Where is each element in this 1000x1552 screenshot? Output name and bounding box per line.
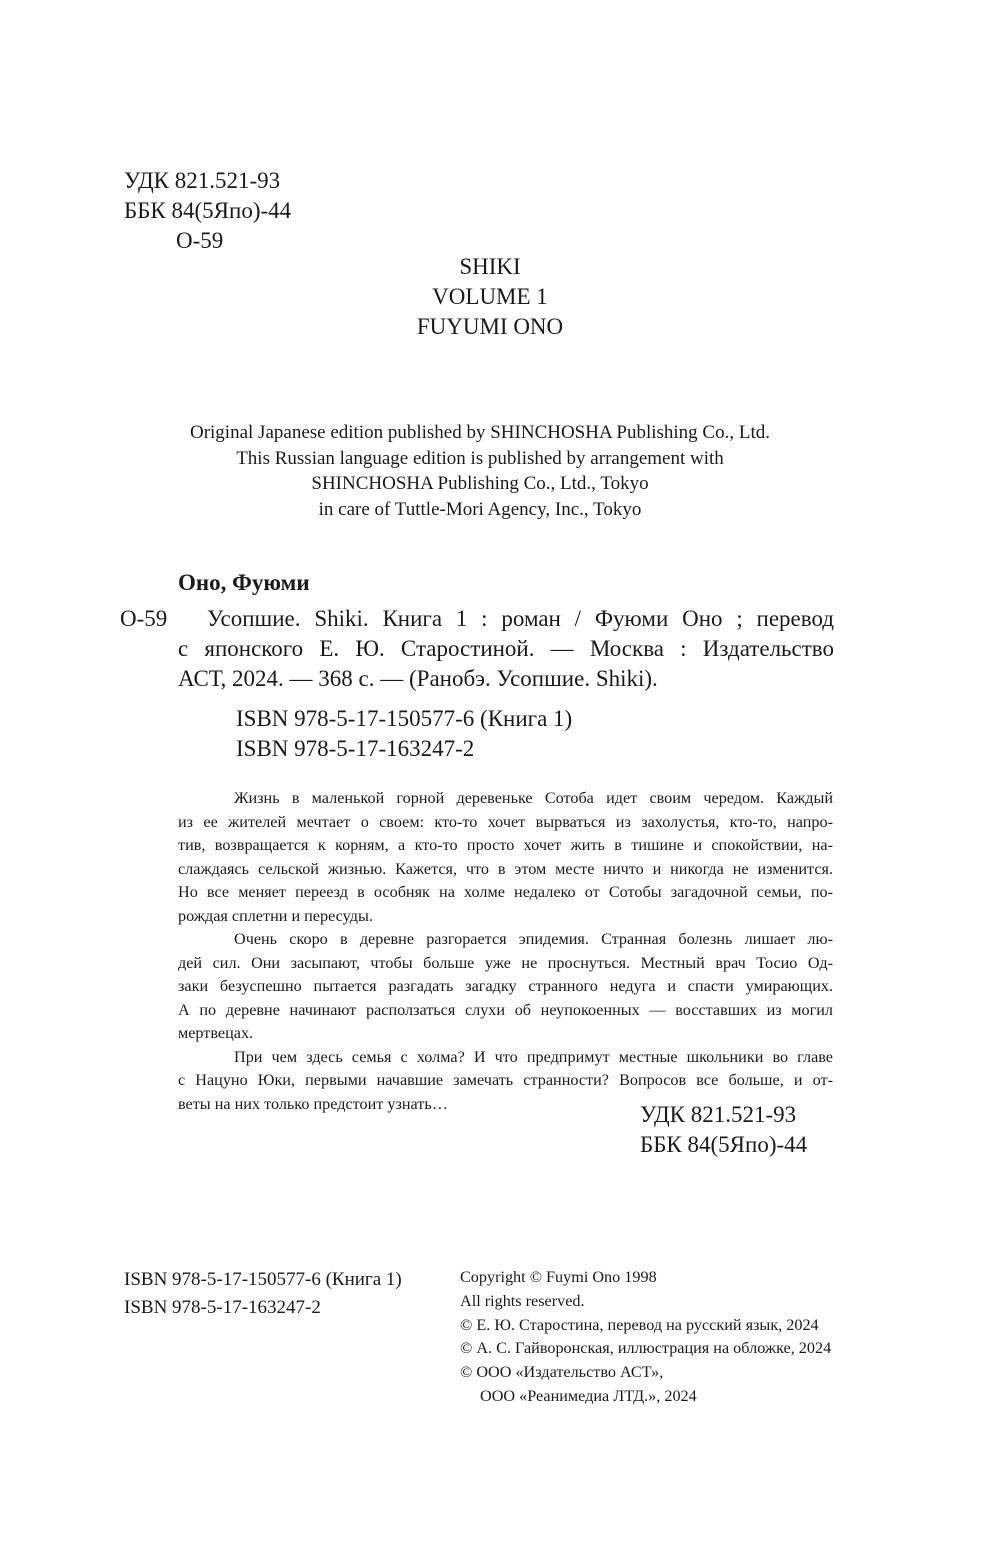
rights-line: This Russian language edition is publish… (0, 446, 960, 472)
bbk-code: ББК 84(5Япо)-44 (640, 1130, 807, 1160)
rights-line: SHINCHOSHA Publishing Co., Ltd., Tokyo (0, 471, 960, 497)
isbn-block: ISBN 978-5-17-150577-6 (Книга 1) ISBN 97… (236, 704, 572, 764)
copyright-line: All rights reserved. (460, 1290, 831, 1314)
copyright-line: © ООО «Издательство АСТ», (460, 1361, 831, 1385)
rights-line: Original Japanese edition published by S… (0, 420, 960, 446)
isbn-line: ISBN 978-5-17-163247-2 (124, 1294, 402, 1322)
isbn-line: ISBN 978-5-17-150577-6 (Книга 1) (124, 1266, 402, 1294)
rights-notice: Original Japanese edition published by S… (0, 420, 960, 522)
isbn-line: ISBN 978-5-17-150577-6 (Книга 1) (236, 704, 572, 734)
original-volume: VOLUME 1 (0, 282, 980, 312)
annotation: Жизнь в маленькой горной деревеньке Сото… (178, 787, 833, 1116)
bbk-code: ББК 84(5Япо)-44 (124, 196, 291, 226)
biblio-line: АСТ, 2024. — 368 с. — (Ранобэ. Усопшие. … (178, 664, 834, 694)
classification-codes-right: УДК 821.521-93 ББК 84(5Япо)-44 (640, 1100, 807, 1160)
udk-code: УДК 821.521-93 (640, 1100, 807, 1130)
author-heading: Оно, Фуюми (178, 568, 310, 598)
rights-line: in care of Tuttle-Mori Agency, Inc., Tok… (0, 497, 960, 523)
udk-code: УДК 821.521-93 (124, 166, 291, 196)
original-title: SHIKI (0, 252, 980, 282)
copyright-block: Copyright © Fuymi Ono 1998 All rights re… (460, 1266, 831, 1409)
copyright-line: ООО «Реанимедиа ЛТД.», 2024 (460, 1385, 831, 1409)
bibliographic-description: Усопшие. Shiki. Книга 1 : роман / Фуюми … (178, 604, 834, 694)
isbn-bottom-block: ISBN 978-5-17-150577-6 (Книга 1) ISBN 97… (124, 1266, 402, 1322)
copyright-line: Copyright © Fuymi Ono 1998 (460, 1266, 831, 1290)
copyright-line: © Е. Ю. Старостина, перевод на русский я… (460, 1314, 831, 1338)
copyright-line: © А. С. Гайворонская, иллюстрация на обл… (460, 1337, 831, 1361)
classification-codes-top: УДК 821.521-93 ББК 84(5Япо)-44 О-59 (124, 166, 291, 256)
isbn-line: ISBN 978-5-17-163247-2 (236, 734, 572, 764)
annotation-paragraph: Жизнь в маленькой горной деревеньке Сото… (178, 787, 833, 928)
author-mark-left: О-59 (120, 604, 167, 634)
biblio-line: с японского Е. Ю. Старостиной. — Москва … (178, 634, 834, 664)
original-title-block: SHIKI VOLUME 1 FUYUMI ONO (0, 252, 980, 342)
original-author: FUYUMI ONO (0, 312, 980, 342)
annotation-paragraph: Очень скоро в деревне разгорается эпидем… (178, 928, 833, 1046)
biblio-line: Усопшие. Shiki. Книга 1 : роман / Фуюми … (178, 604, 834, 634)
